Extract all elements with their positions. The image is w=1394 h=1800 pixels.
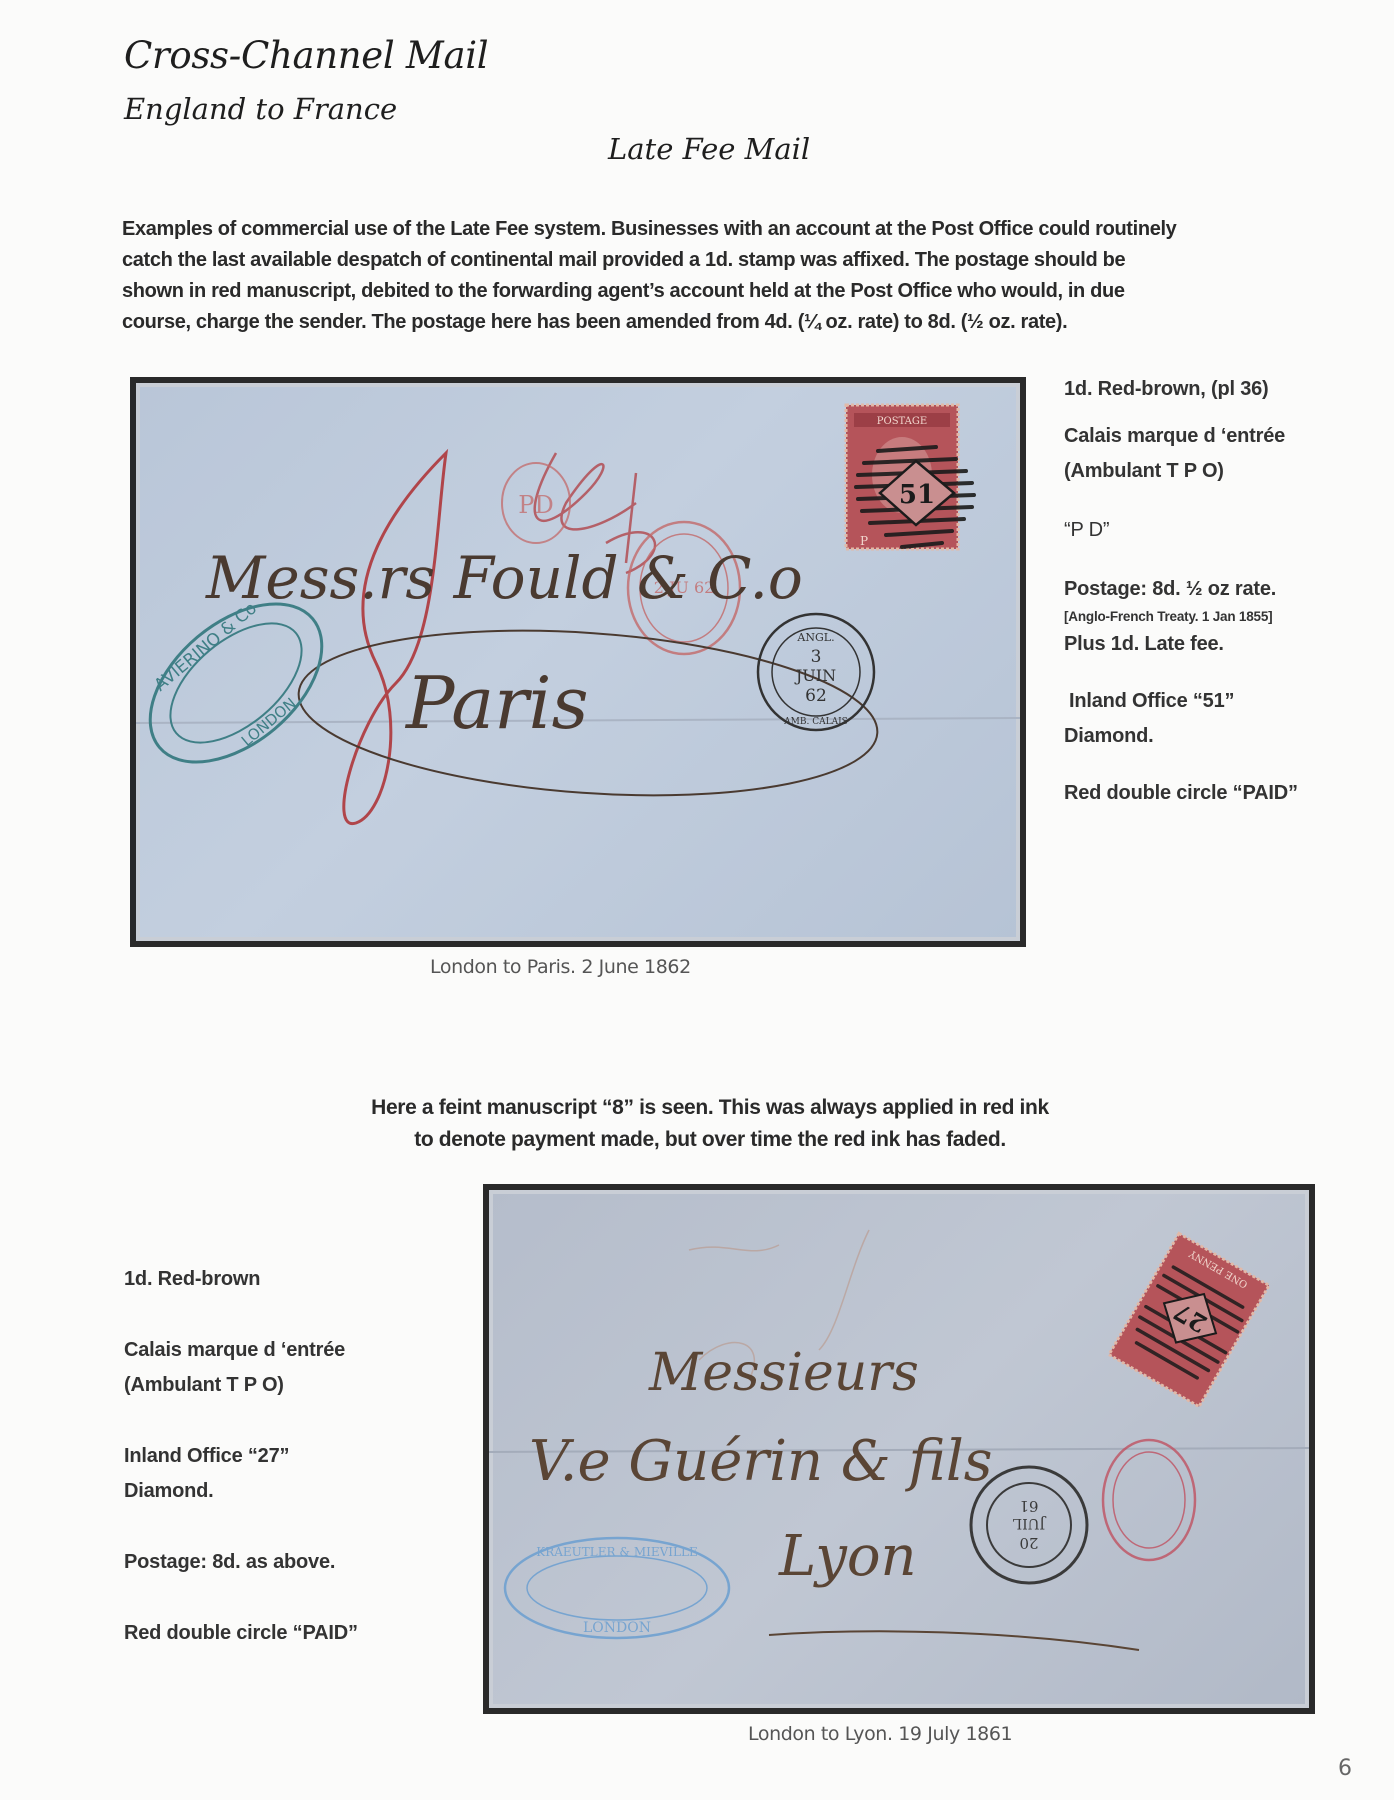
- section-title: Late Fee Mail: [608, 132, 810, 166]
- page-subtitle: England to France: [124, 92, 397, 126]
- note-pd: “P D”: [1064, 513, 1298, 548]
- note-postage: Postage: 8d. as above.: [124, 1545, 358, 1580]
- svg-text:3: 3: [811, 647, 822, 667]
- intro-line: Examples of commercial use of the Late F…: [122, 214, 1322, 245]
- svg-text:AVIERINO & Co: AVIERINO & Co: [151, 598, 261, 695]
- note-paid: Red double circle “PAID”: [1064, 776, 1298, 811]
- note-ambulant: (Ambulant T P O): [1064, 454, 1298, 489]
- cover-paris-notes: 1d. Red-brown, (pl 36) Calais marque d ‘…: [1064, 372, 1298, 811]
- svg-text:62: 62: [805, 686, 827, 706]
- cover-lyon-image: ONE PENNY 27: [489, 1190, 1309, 1708]
- svg-text:20: 20: [1019, 1534, 1038, 1552]
- svg-text:JUIL: JUIL: [1013, 1515, 1047, 1531]
- red-manuscript-8-icon: [344, 453, 446, 824]
- note-diamond: Diamond.: [1064, 719, 1298, 754]
- svg-text:AMB. CALAIS: AMB. CALAIS: [783, 717, 848, 727]
- svg-text:61: 61: [1019, 1497, 1038, 1515]
- cover-paris-image: POSTAGE P 51: [136, 383, 1020, 941]
- note-postage: Postage: 8d. ½ oz rate.: [1064, 572, 1298, 607]
- page-title: Cross-Channel Mail: [124, 34, 488, 77]
- note-treaty: [Anglo-French Treaty. 1 Jan 1855]: [1064, 607, 1298, 627]
- address-line-3: Lyon: [778, 1524, 917, 1589]
- intro-line: catch the last available despatch of con…: [122, 245, 1322, 276]
- stamp-penny-red-icon: ONE PENNY 27: [1109, 1233, 1269, 1406]
- cover-lyon-notes: 1d. Red-brown Calais marque d ‘entrée (A…: [124, 1262, 358, 1651]
- address-line-2: V.e Guérin & fils: [529, 1429, 993, 1494]
- address-line-2: Paris: [404, 661, 589, 745]
- svg-text:ANGL.: ANGL.: [796, 631, 834, 644]
- page-number: 6: [1338, 1756, 1352, 1781]
- note-inland-office: Inland Office “51”: [1064, 684, 1298, 719]
- french-entry-cds-icon: ANGL. 3 JUIN 62 AMB. CALAIS: [758, 614, 874, 730]
- svg-text:PD: PD: [518, 491, 553, 519]
- faded-ink-note: Here a feint manuscript “8” is seen. Thi…: [330, 1092, 1090, 1156]
- cover-lyon: ONE PENNY 27: [483, 1184, 1315, 1714]
- faded-ink-note-line: Here a feint manuscript “8” is seen. Thi…: [330, 1092, 1090, 1124]
- note-late-fee: Plus 1d. Late fee.: [1064, 627, 1298, 662]
- svg-text:P: P: [860, 534, 868, 548]
- note-stamp: 1d. Red-brown: [124, 1262, 358, 1297]
- svg-text:LONDON: LONDON: [583, 1620, 651, 1636]
- svg-text:51: 51: [899, 480, 935, 510]
- svg-text:POSTAGE: POSTAGE: [877, 416, 927, 427]
- address-line-1: Mess.rs Fould & C.o: [205, 544, 803, 612]
- svg-text:JUIN: JUIN: [794, 666, 836, 685]
- note-stamp: 1d. Red-brown, (pl 36): [1064, 372, 1298, 407]
- cover-paris: POSTAGE P 51: [130, 377, 1026, 947]
- note-inland-office: Inland Office “27”: [124, 1439, 358, 1474]
- svg-text:KRAEUTLER & MIEVILLE: KRAEUTLER & MIEVILLE: [536, 1545, 698, 1559]
- cover-paris-caption: London to Paris. 2 June 1862: [430, 956, 691, 978]
- intro-line: course, charge the sender. The postage h…: [122, 307, 1322, 338]
- cover-lyon-artwork: ONE PENNY 27: [489, 1190, 1309, 1708]
- intro-line: shown in red manuscript, debited to the …: [122, 276, 1322, 307]
- pd-mark-icon: PD: [502, 463, 570, 543]
- note-ambulant: (Ambulant T P O): [124, 1368, 358, 1403]
- note-calais: Calais marque d ‘entrée: [124, 1333, 358, 1368]
- address-line-1: Messieurs: [648, 1343, 919, 1403]
- cover-lyon-caption: London to Lyon. 19 July 1861: [748, 1723, 1012, 1745]
- cover-paris-artwork: POSTAGE P 51: [136, 383, 1020, 941]
- faded-ink-note-line: to denote payment made, but over time th…: [330, 1124, 1090, 1156]
- note-calais: Calais marque d ‘entrée: [1064, 419, 1298, 454]
- note-paid: Red double circle “PAID”: [124, 1616, 358, 1651]
- stamp-penny-red-icon: POSTAGE P 51: [846, 405, 974, 549]
- red-paid-cds-icon: [1103, 1440, 1195, 1560]
- intro-paragraph: Examples of commercial use of the Late F…: [122, 214, 1322, 338]
- note-diamond: Diamond.: [124, 1474, 358, 1509]
- agent-handstamp-kraeutler-icon: KRAEUTLER & MIEVILLE LONDON: [505, 1538, 729, 1638]
